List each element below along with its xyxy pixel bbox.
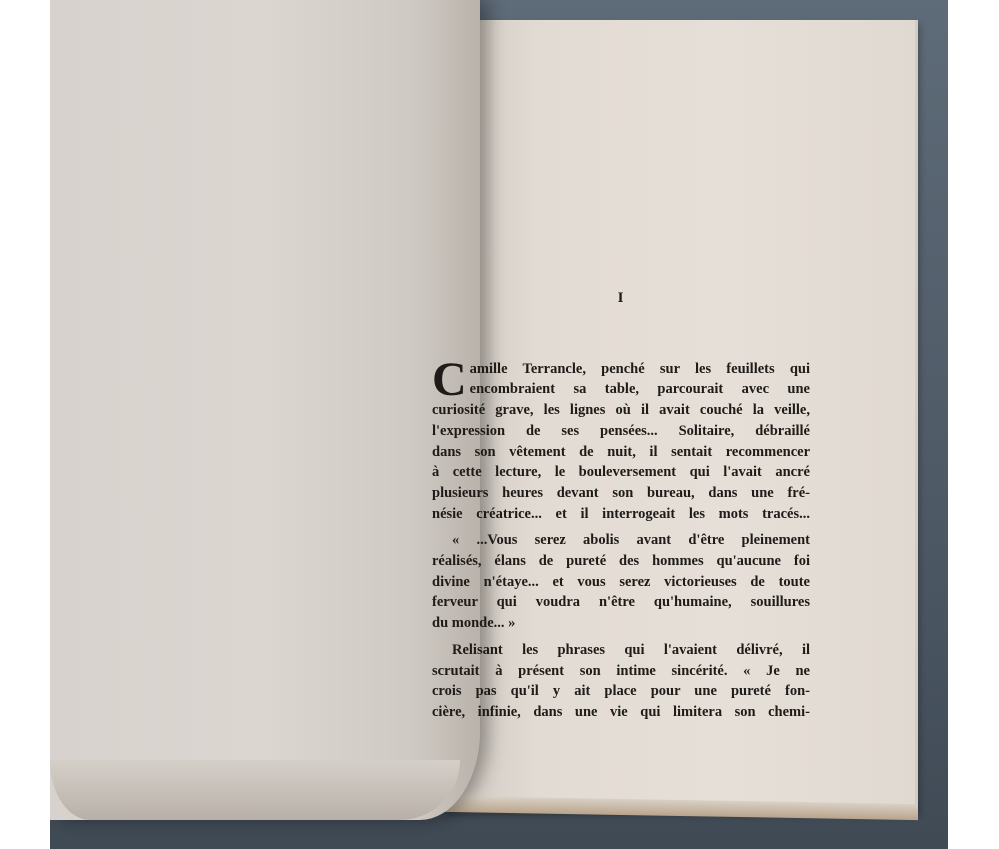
text-line: du monde... » [432,613,810,634]
text-line: réalisés, élans de pureté des hommes qu'… [432,551,810,572]
left-page-curl [50,760,460,820]
text-line: ferveur qui voudra n'être qu'humaine, so… [432,592,810,613]
text-line: plusieurs heures devant son bureau, dans… [432,483,810,504]
text-line: amille Terrancle, penché sur les feuille… [432,359,810,380]
text-line: encombraient sa table, parcourait avec u… [432,379,810,400]
left-page-blank [50,0,480,820]
drop-cap: C [432,362,467,398]
text-line: « ...Vous serez abolis avant d'être plei… [432,530,810,551]
text-line: dans son vêtement de nuit, il sentait re… [432,442,810,463]
text-line: scrutait à présent son intime sincérité.… [432,661,810,682]
text-line: crois pas qu'il y ait place pour une pur… [432,681,810,702]
paragraph-1: C amille Terrancle, penché sur les feuil… [432,359,810,525]
text-line: nésie créatrice... et il interrogeait le… [432,504,810,525]
paragraph-2: « ...Vous serez abolis avant d'être plei… [432,530,810,634]
chapter-number: I [432,288,810,309]
text-line: à cette lecture, le bouleversement qui l… [432,462,810,483]
paragraph-3: Relisant les phrases qui l'avaient déliv… [432,640,810,723]
text-line: cière, infinie, dans une vie qui limiter… [432,702,810,723]
text-line: l'expression de ses pensées... Solitaire… [432,421,810,442]
text-line: curiosité grave, les lignes où il avait … [432,400,810,421]
text-line: divine n'étaye... et vous serez victorie… [432,572,810,593]
text-line: Relisant les phrases qui l'avaient déliv… [432,640,810,661]
page-text: I C amille Terrancle, penché sur les feu… [432,288,810,729]
